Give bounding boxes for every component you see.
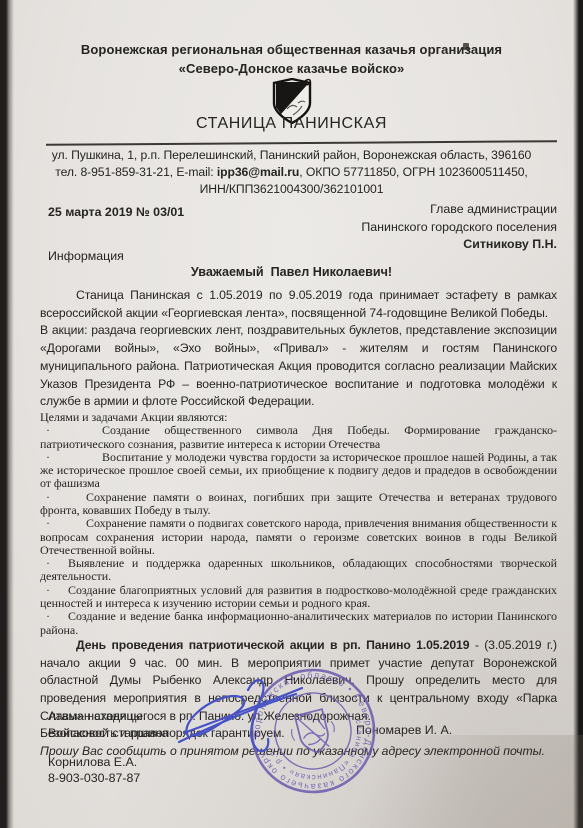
bullet-dot: · [46, 424, 50, 437]
document-type-label: Информация [48, 249, 124, 263]
email-address: ipp36@mail.ru [217, 165, 299, 179]
salutation: Уважаемый Павел Николаевич! [0, 265, 583, 279]
phone-label: тел. 8-951-859-31-21, E-mail: [55, 165, 217, 179]
org-name-line2: «Северо-Донское казачье войско» [0, 61, 583, 76]
org-contacts: тел. 8-951-859-31-21, E-mail: ipp36@mail… [0, 165, 583, 179]
goal-text: Воспитание у молодежи чувства гордости з… [40, 450, 557, 491]
goal-item: ·Сохранение памяти о воинах, погибших пр… [40, 491, 557, 518]
goal-item: ·Создание благоприятных условий для разв… [40, 584, 557, 611]
goal-text: Выявление и поддержка одаренных школьник… [40, 556, 557, 583]
station-title: СТАНИЦА ПАНИНСКАЯ [0, 115, 583, 133]
goals-heading: Целями и задачами Акции являются: [40, 411, 557, 424]
addressee-name: Ситникову П.Н. [361, 236, 557, 254]
org-address: ул. Пушкина, 1, р.п. Перелешинский, Пани… [0, 148, 583, 162]
contact-phone: 8-903-030-87-87 [48, 771, 140, 785]
goal-item: ·Выявление и поддержка одаренных школьни… [40, 557, 557, 584]
registry-codes: , ОКПО 57711850, ОГРН 1023600511450, [299, 165, 527, 179]
goal-text: Создание и ведение банка информационно-а… [40, 609, 557, 636]
bullet-dot: · [46, 557, 50, 570]
bullet-dot: · [46, 517, 50, 530]
bullet-dot: · [46, 610, 50, 623]
contact-person-name: Корнилова Е.А. [48, 755, 137, 769]
goal-item: ·Создание общественного символа Дня Побе… [40, 424, 557, 451]
goal-text: Сохранение памяти о подвигах советского … [40, 516, 557, 557]
event-date-bold: День проведения патриотической акции в р… [76, 638, 469, 652]
addressee-title: Главе администрации [361, 201, 557, 219]
letterhead-divider [46, 140, 557, 146]
bullet-dot: · [46, 584, 50, 597]
goal-item: ·Сохранение памяти о подвигах советского… [40, 517, 557, 557]
signer-role-line1: Атаман станицы [48, 709, 143, 723]
org-name-line1: Воронежская региональная общественная ка… [0, 42, 583, 57]
scanned-letter: Воронежская региональная общественная ка… [0, 0, 583, 828]
inn-kpp-line: ИНН/КПП3621004300/362101001 [0, 182, 583, 196]
goal-item: ·Воспитание у молодежи чувства гордости … [40, 451, 557, 491]
goal-item: ·Создание и ведение банка информационно-… [40, 610, 557, 637]
bullet-dot: · [46, 491, 50, 504]
signer-role-line2: Войсковой старшина [48, 726, 169, 740]
addressee-block: Главе администрации Панинского городског… [361, 201, 557, 254]
goal-text: Сохранение памяти о воинах, погибших при… [40, 490, 557, 517]
date-and-number: 25 марта 2019 № 03/01 [48, 205, 184, 219]
handwritten-signature-icon [176, 676, 312, 766]
addressee-org: Панинского городского поселения [361, 219, 557, 237]
body-paragraph-1: Станица Панинская с 1.05.2019 по 9.05.20… [40, 287, 557, 322]
body-paragraph-2: В акции: раздача георгиевских лент, позд… [40, 322, 557, 411]
bullet-dot: · [46, 451, 50, 464]
goal-text: Создание благоприятных условий для разви… [40, 583, 557, 610]
goal-text: Создание общественного символа Дня Побед… [40, 423, 557, 450]
